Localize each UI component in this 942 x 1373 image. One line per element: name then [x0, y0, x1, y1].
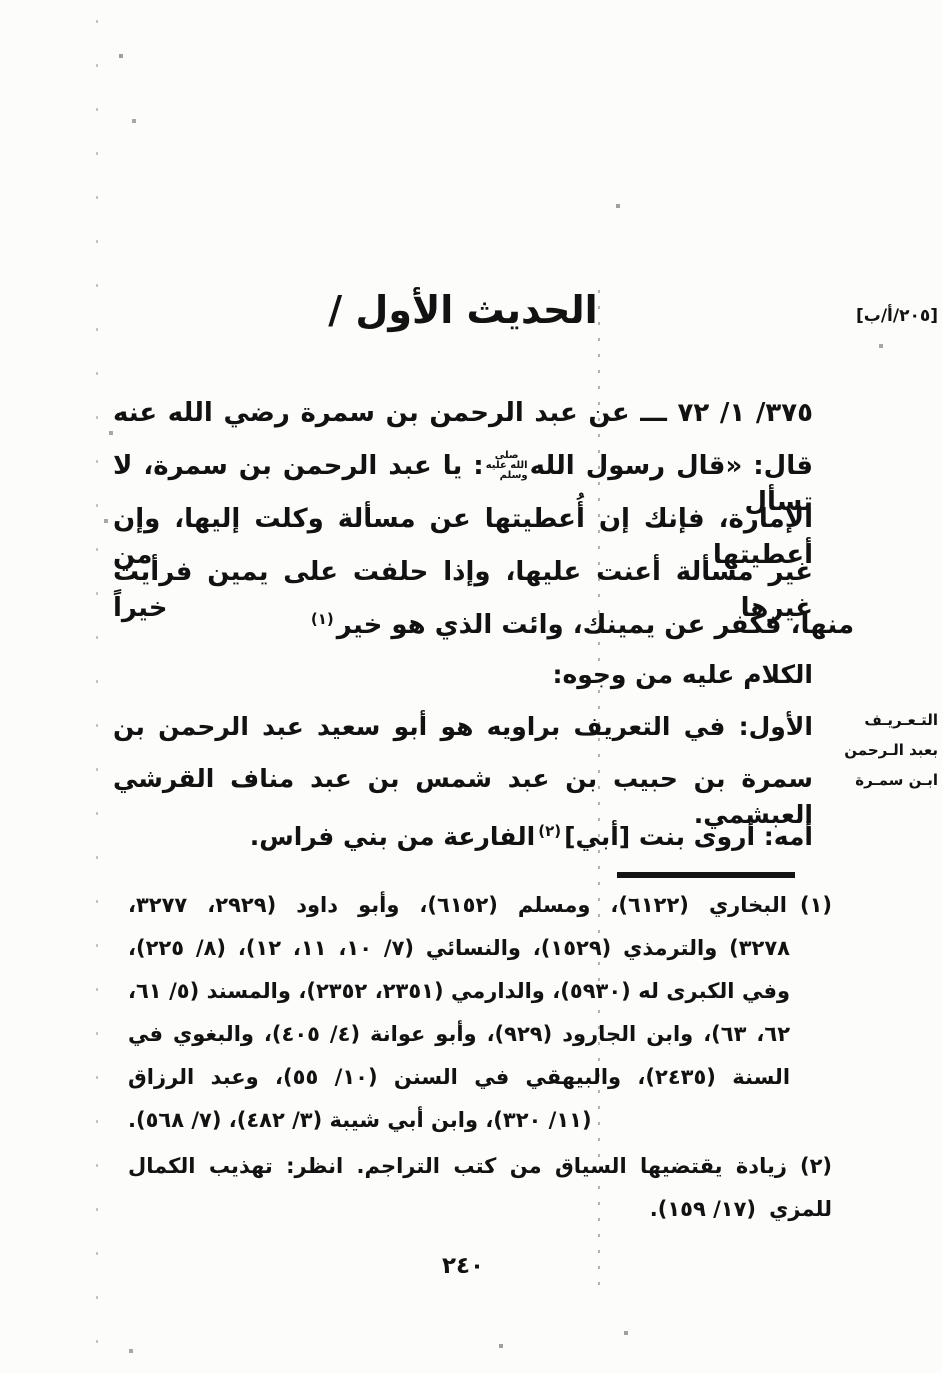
footnote-line: (١١/ ٣٢٠)، وابن أبي شيبة (٣/ ٤٨٢)، (٧/ ٥… [128, 1099, 832, 1142]
footnote-line: (٢)زيادة يقتضيها السياق من كتب التراجم. … [128, 1145, 832, 1188]
marginal-gloss-line: التـعـريـف [805, 705, 938, 735]
hadith-number-line: ٣٧٥/ ١/ ٧٢ ـــ عن عبد الرحمن بن سمرة رضي… [113, 395, 883, 431]
folio-marginal-note: [٢٠٥/أ/ب] [805, 303, 938, 329]
footnote-line: وفي الكبرى له (٥٩٣٠)، والدارمي (٢٣٥١، ٢٣… [128, 970, 832, 1013]
footnote: (٢)زيادة يقتضيها السياق من كتب التراجم. … [128, 1145, 832, 1231]
scan-dotted-line [96, 20, 98, 1360]
footnote-ref-1: (١) [311, 610, 334, 628]
hadith-line-text: منها، فكفر عن يمينك، وائت الذي هو خير [337, 610, 854, 640]
footnote-line: السنة (٢٤٣٥)، والبيهقي في السنن (١٠/ ٥٥)… [128, 1056, 832, 1099]
footnote-line: (١)البخاري (٦١٢٢)، ومسلم (٦١٥٢)، وأبو دا… [128, 884, 832, 927]
commentary-line-text: أمه: أروى بنت [أبي] [564, 822, 813, 851]
footnote-ref-2: (٢) [538, 822, 561, 840]
footnote-line: (١٧/ ١٥٩). [128, 1188, 832, 1231]
hadith-line-text: قال: «قال رسول الله [530, 451, 813, 481]
page-number: ٢٤٠ [113, 1253, 813, 1279]
footnote-line-text: البخاري (٦١٢٢)، ومسلم (٦١٥٢)، وأبو داود … [128, 893, 787, 917]
commentary-heading: الكلام عليه من وجوه: [113, 657, 942, 693]
footnotes-section: (١)البخاري (٦١٢٢)، ومسلم (٦١٥٢)، وأبو دا… [128, 884, 832, 1231]
footnote-line: ٦٢، ٦٣)، وابن الجارود (٩٢٩)، وأبو عوانة … [128, 1013, 832, 1056]
footnote-marker: (١) [800, 893, 832, 917]
saw-symbol: صلى الله عليه وسلم [486, 451, 528, 481]
marginal-gloss-line: بعبد الـرحمن [805, 735, 938, 765]
marginal-gloss-line: ابـن سمـرة [805, 765, 938, 795]
footnote-separator [617, 872, 795, 878]
marginal-gloss: التـعـريـف بعبد الـرحمن ابـن سمـرة [805, 705, 938, 795]
footnote-marker: (٢) [800, 1154, 832, 1178]
footnote-line: ٣٢٧٨) والترمذي (١٥٢٩)، والنسائي (٧/ ١٠، … [128, 927, 832, 970]
scan-specks [0, 0, 2, 2]
commentary-line: الأول: في التعريف براويه هو أبو سعيد عبد… [113, 709, 881, 745]
commentary-line: أمه: أروى بنت [أبي](٢)الفارعة من بني فرا… [113, 813, 942, 855]
footnote: (١)البخاري (٦١٢٢)، ومسلم (٦١٥٢)، وأبو دا… [128, 884, 832, 1142]
page-title: الحديث الأول / [113, 288, 813, 332]
commentary-line-text: الفارعة من بني فراس. [250, 822, 535, 851]
book-page-scan: [٢٠٥/أ/ب] الحديث الأول / ٣٧٥/ ١/ ٧٢ ـــ … [0, 0, 942, 1373]
hadith-line: منها، فكفر عن يمينك، وائت الذي هو خير(١) [113, 601, 942, 643]
